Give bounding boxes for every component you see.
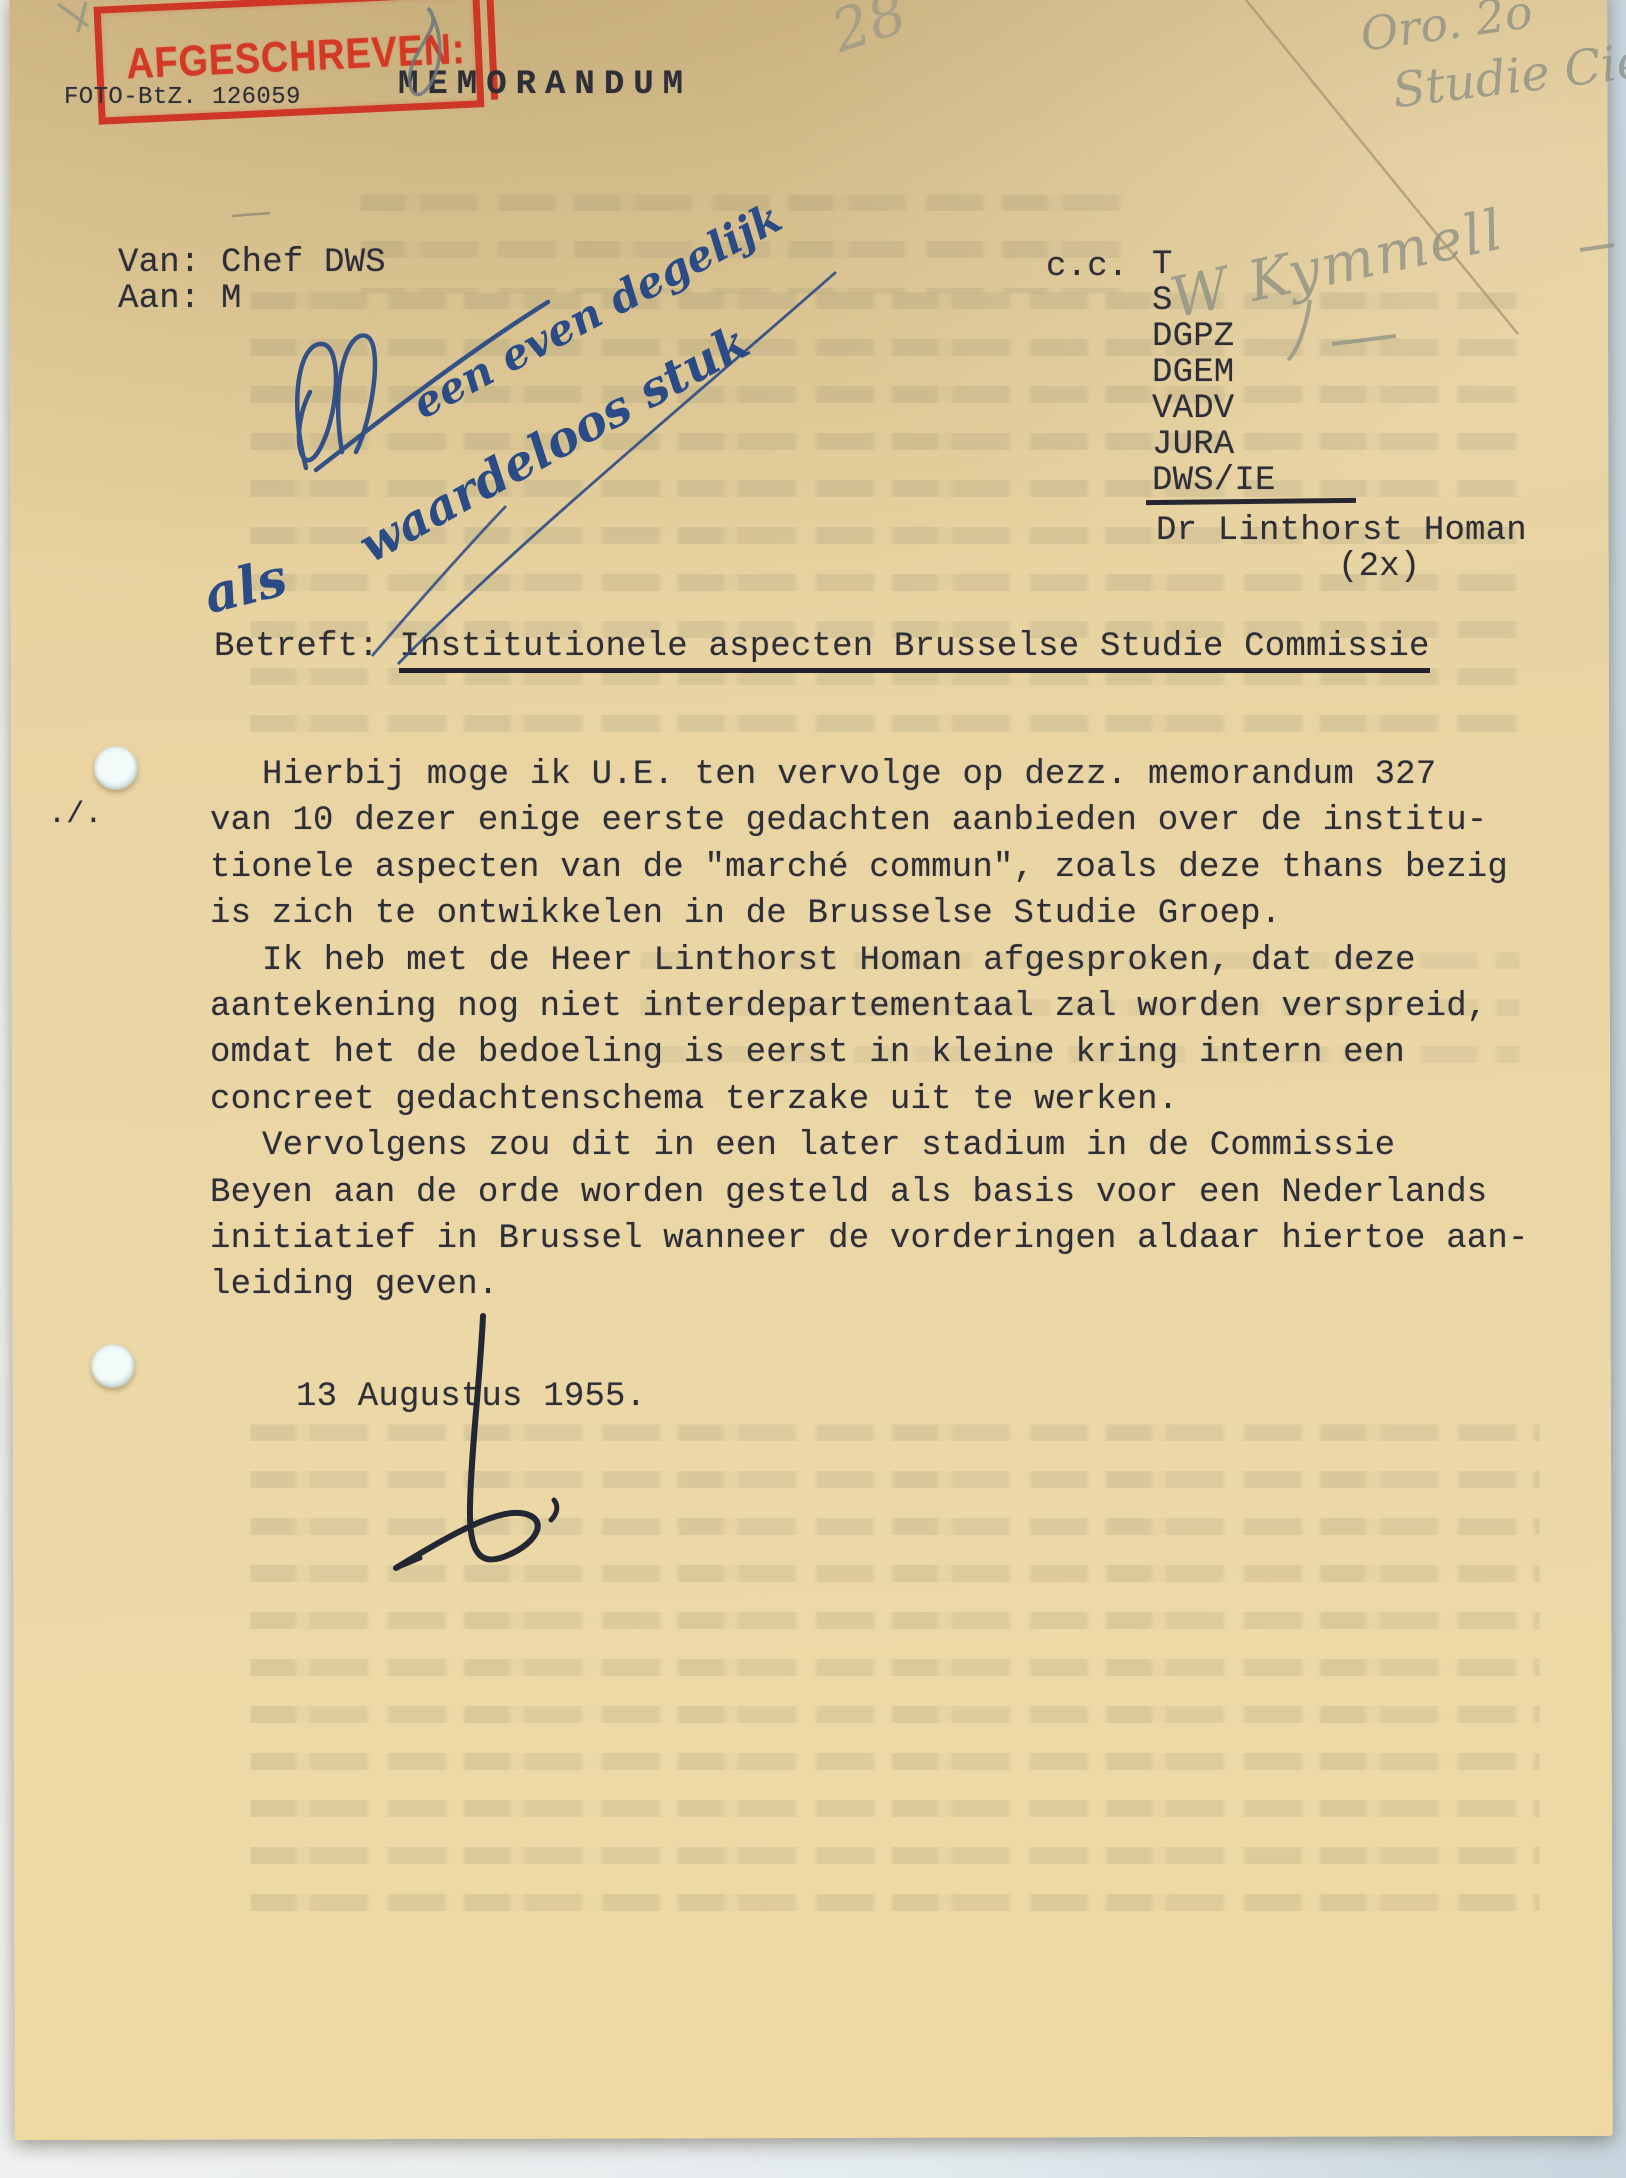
to-line: Aan: M xyxy=(118,280,242,318)
body-line: concreet gedachtenschema terzake uit te … xyxy=(210,1077,1529,1123)
punch-hole xyxy=(91,1344,135,1388)
body-line: Vervolgens zou dit in een later stadium … xyxy=(210,1123,1529,1169)
cc-item: DWS/IE xyxy=(1152,462,1276,500)
scanned-memorandum-page: AFGESCHREVEN: FOTO-BtZ. 126059 MEMORANDU… xyxy=(0,0,1626,2178)
enclosure-mark: ./. xyxy=(48,798,103,832)
body-line: initiatief in Brussel wanneer de vorderi… xyxy=(210,1216,1529,1262)
body-line: is zich te ontwikkelen in de Brusselse S… xyxy=(210,891,1529,937)
cc-recipient: Dr Linthorst Homan xyxy=(1156,512,1527,550)
body-line: Ik heb met de Heer Linthorst Homan afges… xyxy=(210,938,1529,984)
cc-label: c.c. xyxy=(1046,248,1128,286)
memo-body: Hierbij moge ik U.E. ten vervolge op dez… xyxy=(210,752,1529,1309)
cc-item: VADV xyxy=(1152,390,1234,428)
body-line: omdat het de bedoeling is eerst in klein… xyxy=(210,1030,1529,1076)
body-line: van 10 dezer enige eerste gedachten aanb… xyxy=(210,798,1529,844)
cc-copies-count: (2x) xyxy=(1338,548,1420,586)
body-line: tionele aspecten van de "marché commun",… xyxy=(210,845,1529,891)
subject-text: Institutionele aspecten Brusselse Studie… xyxy=(399,628,1429,673)
subject-line: Betreft: Institutionele aspecten Brussel… xyxy=(214,628,1430,666)
cc-item: JURA xyxy=(1152,426,1234,464)
subject-label: Betreft: xyxy=(214,628,399,666)
punch-hole xyxy=(94,746,138,790)
cc-item: DGEM xyxy=(1152,354,1234,392)
date-line: 13 Augustus 1955. xyxy=(296,1378,646,1416)
body-line: Beyen aan de orde worden gesteld als bas… xyxy=(210,1170,1529,1216)
from-line: Van: Chef DWS xyxy=(118,244,386,282)
memorandum-title: MEMORANDUM xyxy=(398,66,692,104)
photo-reference-number: FOTO-BtZ. 126059 xyxy=(64,84,301,111)
body-line: aantekening nog niet interdepartementaal… xyxy=(210,984,1529,1030)
body-line: Hierbij moge ik U.E. ten vervolge op dez… xyxy=(210,752,1529,798)
body-line: leiding geven. xyxy=(210,1262,1529,1308)
